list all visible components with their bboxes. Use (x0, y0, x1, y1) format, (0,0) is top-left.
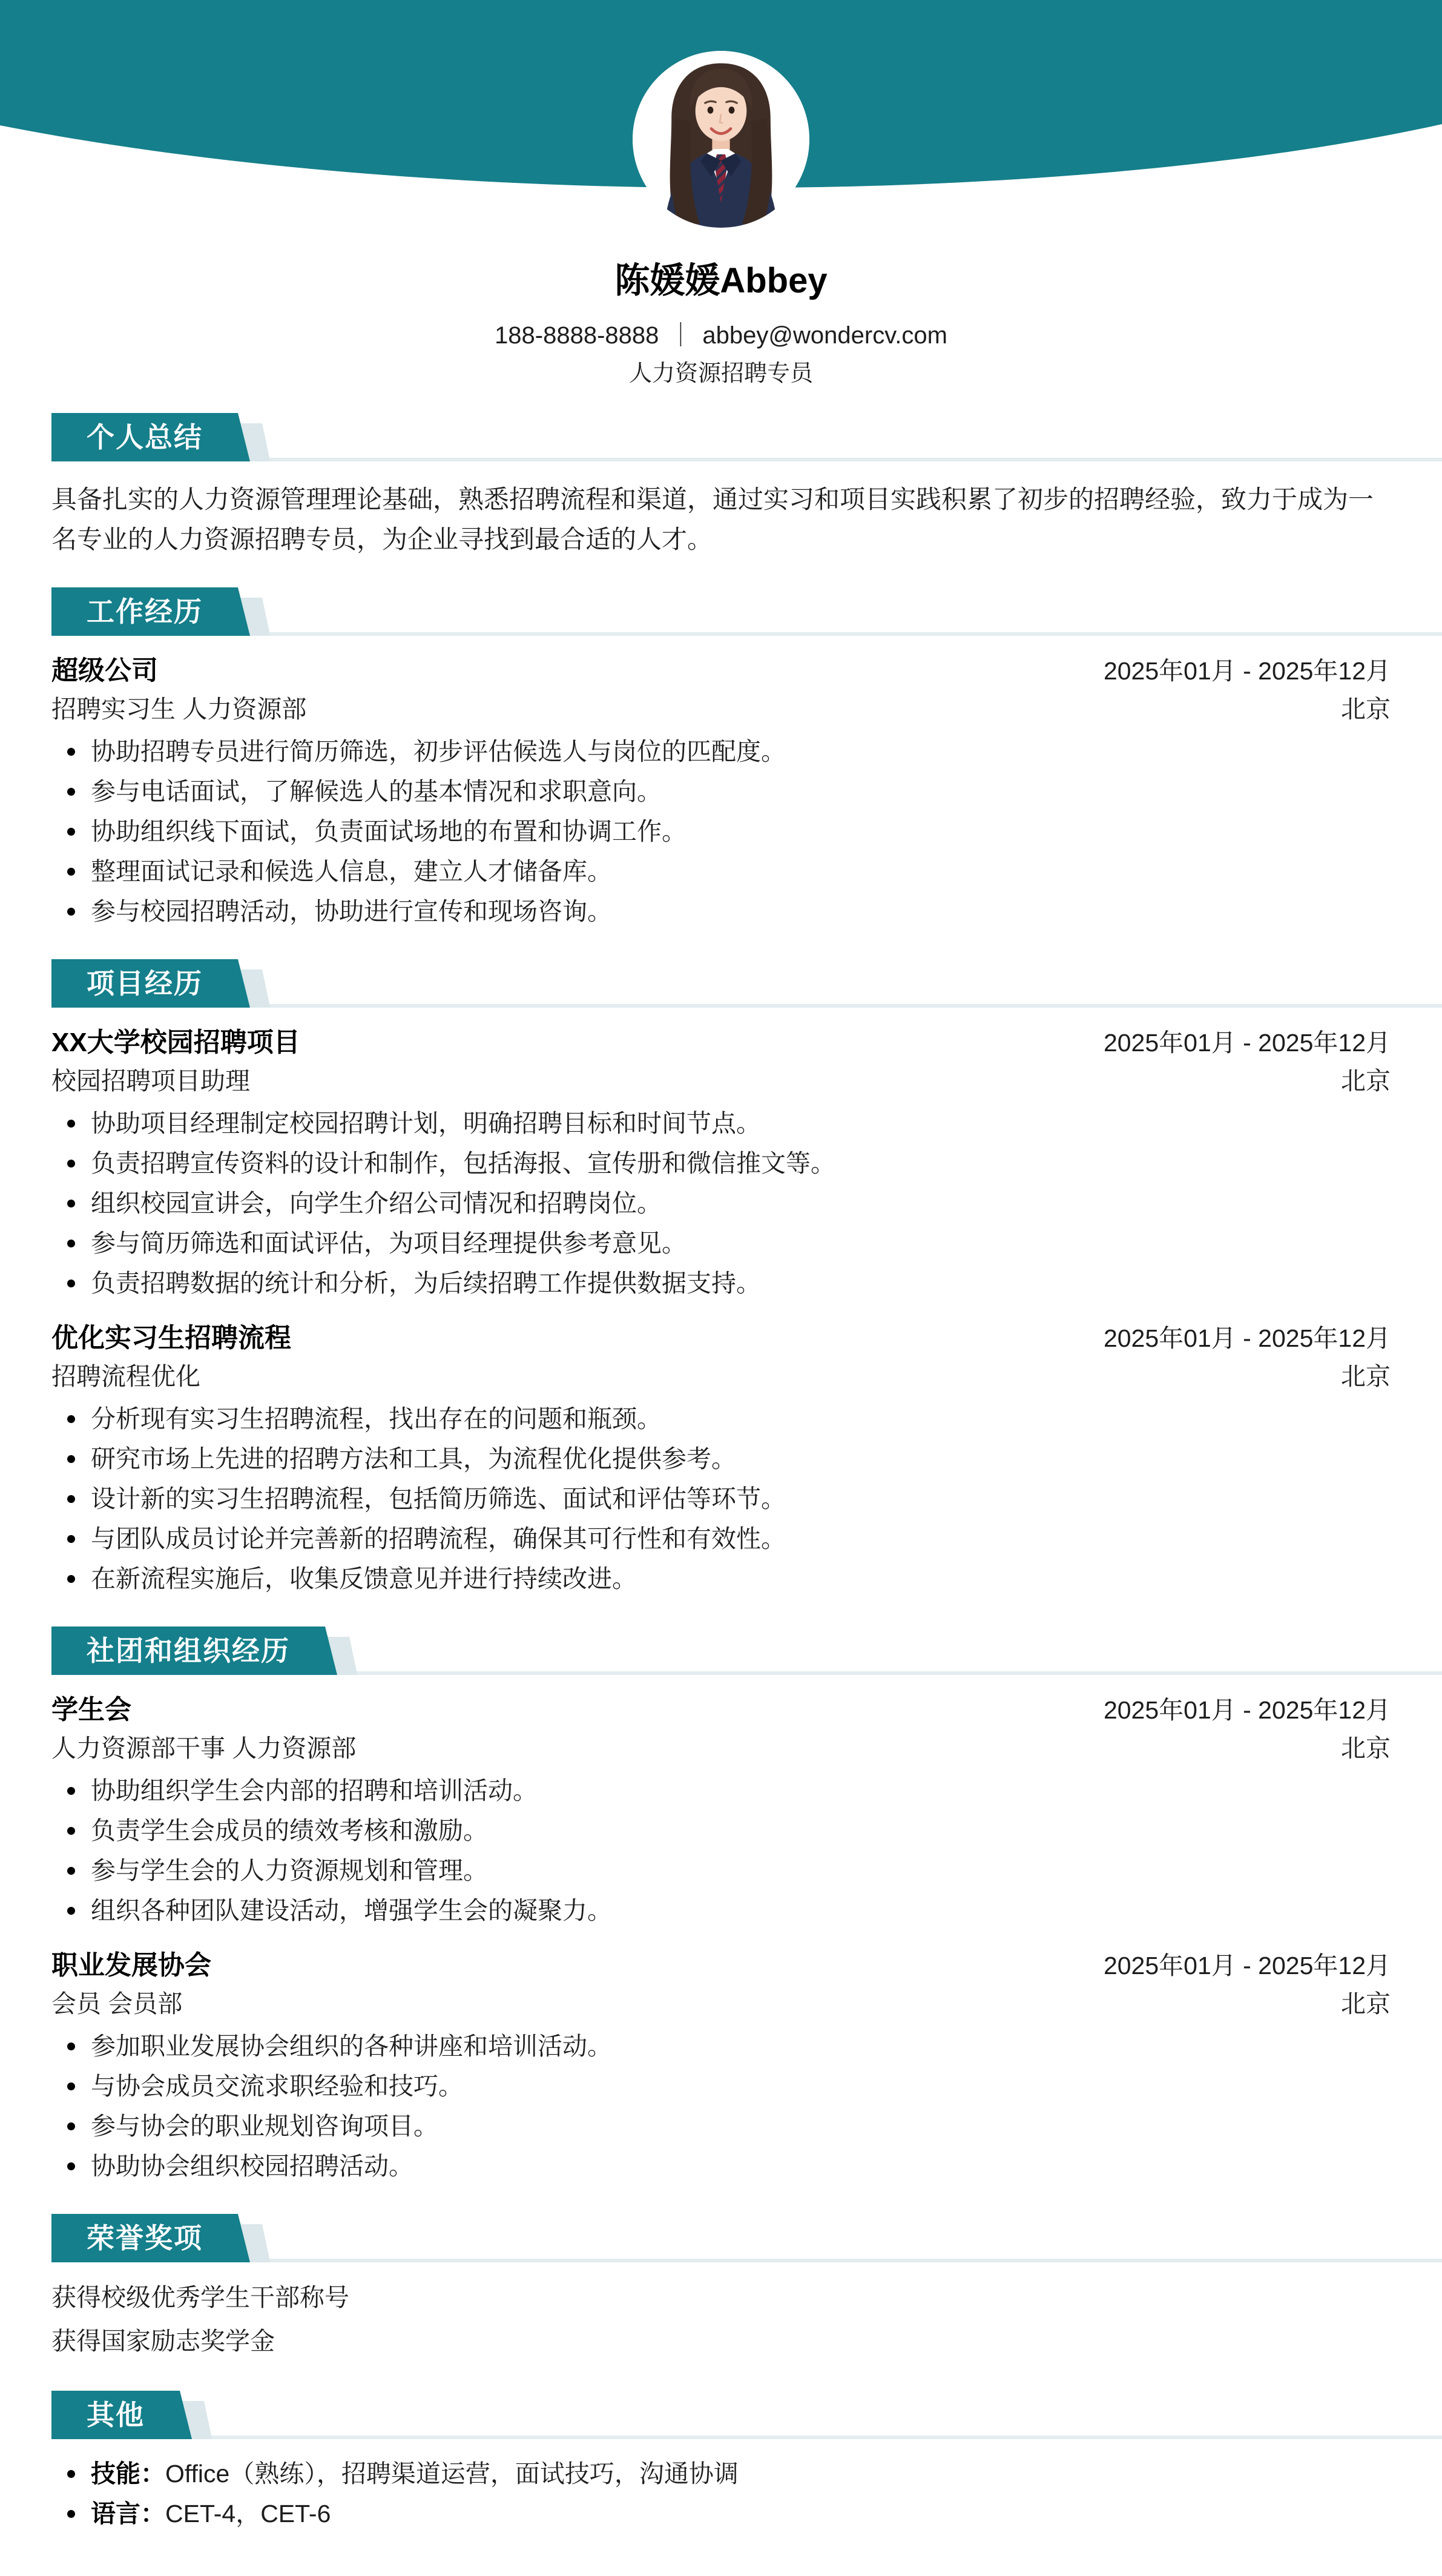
bullet-dot-icon (67, 1455, 75, 1463)
section-header: 工作经历 (51, 587, 1391, 636)
bullet-dot-icon (67, 1280, 75, 1287)
entry-date-range: 2025年01月 - 2025年12月 (1104, 1024, 1391, 1062)
section-title: 工作经历 (87, 596, 203, 627)
section-body: 获得校级优秀学生干部称号获得国家励志奖学金 (51, 2276, 1391, 2363)
experience-entry: XX大学校园招聘项目 2025年01月 - 2025年12月 校园招聘项目助理 … (51, 1023, 1391, 1303)
bullet-text: 参与学生会的人力资源规划和管理。 (91, 1851, 1391, 1891)
entry-subtitle: 人力资源部干事 人力资源部 (51, 1730, 356, 1766)
bullet-dot-icon (67, 908, 75, 916)
bullet-dot-icon (67, 1200, 75, 1207)
entry-title-row: 学生会 2025年01月 - 2025年12月 (51, 1691, 1391, 1729)
summary-text: 具备扎实的人力资源管理理论基础，熟悉招聘流程和渠道，通过实习和项目实践积累了初步… (51, 480, 1391, 560)
honor-line: 获得国家励志奖学金 (51, 2319, 1391, 2363)
bullet-text: 语言：CET-4，CET-6 (91, 2494, 1391, 2534)
bullet-value: CET-4，CET-6 (165, 2500, 331, 2528)
entry-date-range: 2025年01月 - 2025年12月 (1104, 1947, 1391, 1984)
bullet-dot-icon (67, 828, 75, 836)
bullet-dot-icon (67, 2082, 75, 2090)
entry-date-range: 2025年01月 - 2025年12月 (1104, 1691, 1391, 1729)
hero-banner: 陈媛媛Abbey 188-8888-8888｜abbey@wondercv.co… (0, 0, 1442, 390)
contact-separator: ｜ (668, 322, 693, 349)
bullet-text: 在新流程实施后，收集反馈意见并进行持续改进。 (91, 1559, 1391, 1599)
resume-section: 其他 技能：Office（熟练），招聘渠道运营，面试技巧，沟通协调 语言：CET… (51, 2391, 1391, 2534)
entry-title: 职业发展协会 (51, 1946, 211, 1985)
entry-subtitle: 招聘实习生 人力资源部 (51, 691, 306, 727)
section-title: 社团和组织经历 (87, 1635, 290, 1666)
list-item: 负责学生会成员的绩效考核和激励。 (51, 1811, 1391, 1851)
resume-section: 社团和组织经历 学生会 2025年01月 - 2025年12月 人力资源部干事 … (51, 1627, 1391, 2186)
bullet-text: 设计新的实习生招聘流程，包括简历筛选、面试和评估等环节。 (91, 1479, 1391, 1519)
entry-bullet-list: 协助项目经理制定校园招聘计划，明确招聘目标和时间节点。 负责招聘宣传资料的设计和… (51, 1103, 1391, 1303)
bullet-text: 负责招聘数据的统计和分析，为后续招聘工作提供数据支持。 (91, 1263, 1391, 1303)
bullet-dot-icon (67, 1120, 75, 1128)
bullet-text: 协助协会组织校园招聘活动。 (91, 2146, 1391, 2186)
section-underline (51, 2436, 1442, 2439)
entry-title-row: 超级公司 2025年01月 - 2025年12月 (51, 652, 1391, 690)
bullet-text: 与团队成员讨论并完善新的招聘流程，确保其可行性和有效性。 (91, 1519, 1391, 1559)
bullet-dot-icon (67, 2510, 75, 2518)
experience-entry: 优化实习生招聘流程 2025年01月 - 2025年12月 招聘流程优化 北京 … (51, 1319, 1391, 1599)
resume-sections: 个人总结 具备扎实的人力资源管理理论基础，熟悉招聘流程和渠道，通过实习和项目实践… (0, 413, 1442, 2576)
resume-section: 项目经历 XX大学校园招聘项目 2025年01月 - 2025年12月 校园招聘… (51, 959, 1391, 1599)
bullet-text: 研究市场上先进的招聘方法和工具，为流程优化提供参考。 (91, 1439, 1391, 1479)
section-header: 项目经历 (51, 959, 1391, 1008)
bullet-text: 参与电话面试，了解候选人的基本情况和求职意向。 (91, 771, 1391, 811)
list-item: 语言：CET-4，CET-6 (51, 2494, 1391, 2534)
list-item: 分析现有实习生招聘流程，找出存在的问题和瓶颈。 (51, 1399, 1391, 1439)
bullet-text: 协助项目经理制定校园招聘计划，明确招聘目标和时间节点。 (91, 1103, 1391, 1143)
candidate-name: 陈媛媛Abbey (0, 259, 1442, 303)
bullet-text: 协助组织学生会内部的招聘和培训活动。 (91, 1771, 1391, 1811)
section-title: 荣誉奖项 (87, 2222, 203, 2254)
bullet-text: 负责学生会成员的绩效考核和激励。 (91, 1811, 1391, 1851)
entry-bullet-list: 协助招聘专员进行简历筛选，初步评估候选人与岗位的匹配度。 参与电话面试，了解候选… (51, 732, 1391, 931)
section-body: 具备扎实的人力资源管理理论基础，熟悉招聘流程和渠道，通过实习和项目实践积累了初步… (51, 480, 1391, 560)
list-item: 整理面试记录和候选人信息，建立人才储备库。 (51, 851, 1391, 891)
bullet-text: 参与协会的职业规划咨询项目。 (91, 2106, 1391, 2146)
entry-title-row: 优化实习生招聘流程 2025年01月 - 2025年12月 (51, 1319, 1391, 1358)
section-body: 学生会 2025年01月 - 2025年12月 人力资源部干事 人力资源部 北京… (51, 1691, 1391, 2186)
contact-line: 188-8888-8888｜abbey@wondercv.com (0, 319, 1442, 352)
email-address: abbey@wondercv.com (702, 322, 947, 349)
experience-entry: 超级公司 2025年01月 - 2025年12月 招聘实习生 人力资源部 北京 … (51, 652, 1391, 931)
avatar-portrait-icon (633, 51, 809, 228)
entry-subtitle: 校园招聘项目助理 (51, 1063, 250, 1099)
bullet-dot-icon (67, 1415, 75, 1423)
section-title-tab: 个人总结 (51, 413, 250, 461)
experience-entry: 学生会 2025年01月 - 2025年12月 人力资源部干事 人力资源部 北京… (51, 1691, 1391, 1930)
list-item: 负责招聘宣传资料的设计和制作，包括海报、宣传册和微信推文等。 (51, 1143, 1391, 1183)
section-tab-wrap: 个人总结 (51, 413, 250, 461)
section-header: 个人总结 (51, 413, 1391, 461)
list-item: 参与协会的职业规划咨询项目。 (51, 2106, 1391, 2146)
list-item: 在新流程实施后，收集反馈意见并进行持续改进。 (51, 1559, 1391, 1599)
entry-location: 北京 (1341, 1062, 1391, 1100)
section-title: 其他 (87, 2399, 145, 2431)
entry-title: 优化实习生招聘流程 (51, 1319, 291, 1358)
section-body: 超级公司 2025年01月 - 2025年12月 招聘实习生 人力资源部 北京 … (51, 652, 1391, 931)
bullet-dot-icon (67, 2162, 75, 2170)
bullet-dot-icon (67, 1575, 75, 1583)
entry-subtitle-row: 招聘实习生 人力资源部 北京 (51, 690, 1391, 728)
section-title-tab: 社团和组织经历 (51, 1627, 337, 1675)
resume-section: 个人总结 具备扎实的人力资源管理理论基础，熟悉招聘流程和渠道，通过实习和项目实践… (51, 413, 1391, 560)
bullet-dot-icon (67, 1240, 75, 1247)
section-tab-wrap: 项目经历 (51, 959, 250, 1008)
section-body: XX大学校园招聘项目 2025年01月 - 2025年12月 校园招聘项目助理 … (51, 1023, 1391, 1599)
section-body: 技能：Office（熟练），招聘渠道运营，面试技巧，沟通协调 语言：CET-4，… (51, 2454, 1391, 2534)
bullet-text: 参与简历筛选和面试评估，为项目经理提供参考意见。 (91, 1223, 1391, 1263)
entry-subtitle-row: 会员 会员部 北京 (51, 1985, 1391, 2023)
list-item: 参与校园招聘活动，协助进行宣传和现场咨询。 (51, 891, 1391, 931)
bullet-text: 协助招聘专员进行简历筛选，初步评估候选人与岗位的匹配度。 (91, 732, 1391, 771)
bullet-dot-icon (67, 2122, 75, 2130)
bullet-text: 整理面试记录和候选人信息，建立人才储备库。 (91, 851, 1391, 891)
section-tab-wrap: 社团和组织经历 (51, 1627, 337, 1675)
resume-section: 荣誉奖项 获得校级优秀学生干部称号获得国家励志奖学金 (51, 2214, 1391, 2363)
section-title-tab: 荣誉奖项 (51, 2214, 250, 2262)
list-item: 协助招聘专员进行简历筛选，初步评估候选人与岗位的匹配度。 (51, 732, 1391, 771)
entry-date-range: 2025年01月 - 2025年12月 (1104, 652, 1391, 690)
bullet-text: 负责招聘宣传资料的设计和制作，包括海报、宣传册和微信推文等。 (91, 1143, 1391, 1183)
experience-entry: 职业发展协会 2025年01月 - 2025年12月 会员 会员部 北京 参加职… (51, 1946, 1391, 2186)
entry-location: 北京 (1341, 690, 1391, 728)
section-title-tab: 项目经历 (51, 959, 250, 1008)
section-header: 荣誉奖项 (51, 2214, 1391, 2262)
bullet-dot-icon (67, 748, 75, 756)
bullet-dot-icon (67, 1827, 75, 1835)
list-item: 设计新的实习生招聘流程，包括简历筛选、面试和评估等环节。 (51, 1479, 1391, 1519)
honor-line: 获得校级优秀学生干部称号 (51, 2276, 1391, 2319)
entry-title-row: XX大学校园招聘项目 2025年01月 - 2025年12月 (51, 1023, 1391, 1062)
list-item: 协助项目经理制定校园招聘计划，明确招聘目标和时间节点。 (51, 1103, 1391, 1143)
bullet-text: 参加职业发展协会组织的各种讲座和培训活动。 (91, 2026, 1391, 2066)
bullet-dot-icon (67, 788, 75, 796)
entry-location: 北京 (1341, 1729, 1391, 1767)
list-item: 协助组织线下面试，负责面试场地的布置和协调工作。 (51, 811, 1391, 851)
resume-page: { "theme": { "accent": "#157f8b", "tab_s… (0, 0, 1442, 2576)
section-title-tab: 工作经历 (51, 587, 250, 636)
list-item: 与协会成员交流求职经验和技巧。 (51, 2066, 1391, 2106)
entry-subtitle: 招聘流程优化 (51, 1358, 200, 1395)
list-item: 与团队成员讨论并完善新的招聘流程，确保其可行性和有效性。 (51, 1519, 1391, 1559)
list-item: 协助组织学生会内部的招聘和培训活动。 (51, 1771, 1391, 1811)
bullet-text: 参与校园招聘活动，协助进行宣传和现场咨询。 (91, 891, 1391, 931)
list-item: 参与学生会的人力资源规划和管理。 (51, 1851, 1391, 1891)
list-item: 负责招聘数据的统计和分析，为后续招聘工作提供数据支持。 (51, 1263, 1391, 1303)
entry-title: 超级公司 (51, 652, 158, 690)
bullet-text: 技能：Office（熟练），招聘渠道运营，面试技巧，沟通协调 (91, 2454, 1391, 2494)
bullet-text: 协助组织线下面试，负责面试场地的布置和协调工作。 (91, 811, 1391, 851)
list-item: 组织各种团队建设活动，增强学生会的凝聚力。 (51, 1891, 1391, 1930)
list-item: 技能：Office（熟练），招聘渠道运营，面试技巧，沟通协调 (51, 2454, 1391, 2494)
entry-subtitle: 会员 会员部 (51, 1986, 182, 2022)
entry-subtitle-row: 校园招聘项目助理 北京 (51, 1062, 1391, 1100)
bullet-text: 组织各种团队建设活动，增强学生会的凝聚力。 (91, 1891, 1391, 1930)
job-title: 人力资源招聘专员 (0, 357, 1442, 390)
entry-subtitle-row: 人力资源部干事 人力资源部 北京 (51, 1729, 1391, 1767)
bullet-dot-icon (67, 1787, 75, 1795)
bullet-text: 组织校园宣讲会，向学生介绍公司情况和招聘岗位。 (91, 1183, 1391, 1223)
list-item: 参与简历筛选和面试评估，为项目经理提供参考意见。 (51, 1223, 1391, 1263)
section-title-tab: 其他 (51, 2391, 192, 2439)
bullet-value: Office（熟练），招聘渠道运营，面试技巧，沟通协调 (165, 2460, 739, 2488)
list-item: 参与电话面试，了解候选人的基本情况和求职意向。 (51, 771, 1391, 811)
list-item: 协助协会组织校园招聘活动。 (51, 2146, 1391, 2186)
entry-date-range: 2025年01月 - 2025年12月 (1104, 1319, 1391, 1357)
bullet-dot-icon (67, 868, 75, 876)
entry-bullet-list: 分析现有实习生招聘流程，找出存在的问题和瓶颈。 研究市场上先进的招聘方法和工具，… (51, 1399, 1391, 1599)
section-header: 社团和组织经历 (51, 1627, 1391, 1675)
bullet-dot-icon (67, 2043, 75, 2050)
section-title: 个人总结 (87, 421, 203, 453)
entry-bullet-list: 协助组织学生会内部的招聘和培训活动。 负责学生会成员的绩效考核和激励。 参与学生… (51, 1771, 1391, 1930)
phone-number: 188-8888-8888 (495, 322, 659, 349)
entry-location: 北京 (1341, 1985, 1391, 2023)
entry-subtitle-row: 招聘流程优化 北京 (51, 1358, 1391, 1395)
avatar (633, 51, 809, 228)
section-header: 其他 (51, 2391, 1391, 2439)
entry-title: 学生会 (51, 1691, 131, 1729)
list-item: 组织校园宣讲会，向学生介绍公司情况和招聘岗位。 (51, 1183, 1391, 1223)
entry-title-row: 职业发展协会 2025年01月 - 2025年12月 (51, 1946, 1391, 1985)
section-tab-wrap: 其他 (51, 2391, 192, 2439)
bullet-text: 分析现有实习生招聘流程，找出存在的问题和瓶颈。 (91, 1399, 1391, 1439)
bullet-text: 与协会成员交流求职经验和技巧。 (91, 2066, 1391, 2106)
bullet-dot-icon (67, 1160, 75, 1167)
bullet-dot-icon (67, 1535, 75, 1543)
bullet-dot-icon (67, 1907, 75, 1915)
bullet-dot-icon (67, 2470, 75, 2478)
bullet-dot-icon (67, 1867, 75, 1875)
bullet-dot-icon (67, 1495, 75, 1503)
list-item: 参加职业发展协会组织的各种讲座和培训活动。 (51, 2026, 1391, 2066)
section-title: 项目经历 (87, 968, 203, 999)
bullet-label: 技能： (91, 2460, 165, 2488)
bullet-label: 语言： (91, 2500, 165, 2528)
entry-bullet-list: 参加职业发展协会组织的各种讲座和培训活动。 与协会成员交流求职经验和技巧。 参与… (51, 2026, 1391, 2186)
entry-location: 北京 (1341, 1358, 1391, 1395)
section-tab-wrap: 工作经历 (51, 587, 250, 636)
resume-section: 工作经历 超级公司 2025年01月 - 2025年12月 招聘实习生 人力资源… (51, 587, 1391, 931)
list-item: 研究市场上先进的招聘方法和工具，为流程优化提供参考。 (51, 1439, 1391, 1479)
entry-title: XX大学校园招聘项目 (51, 1023, 300, 1062)
section-tab-wrap: 荣誉奖项 (51, 2214, 250, 2262)
